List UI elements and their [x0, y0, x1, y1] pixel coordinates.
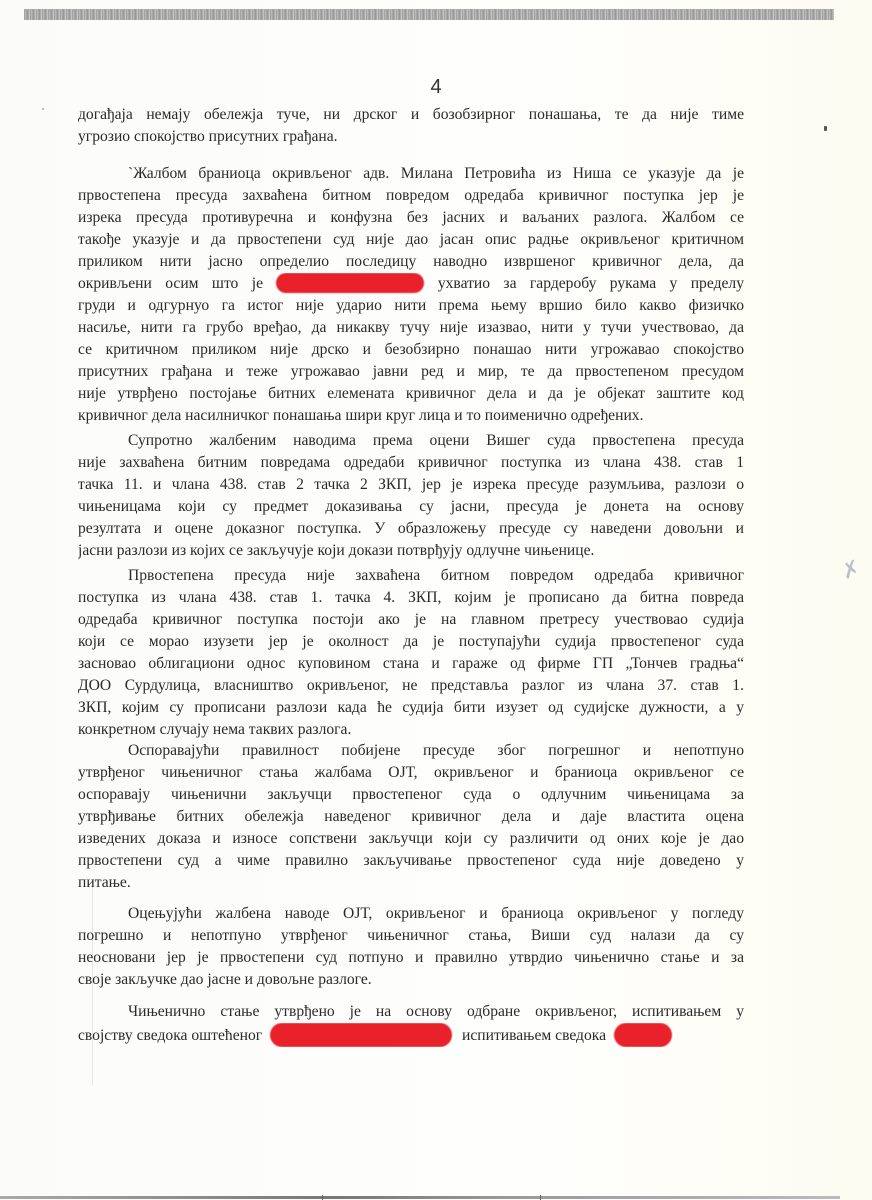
paragraph-continuation: догађаја немају обележја туче, ни дрског…: [78, 104, 744, 148]
paragraph-court-assessment: Супротно жалбеним наводима према оцени В…: [78, 430, 744, 562]
text-line-with-redaction: својству сведока оштећеног испитивањем с…: [78, 1023, 744, 1047]
text-line: није утврђено постојање битних елемената…: [78, 383, 744, 405]
text-line: поступка из члана 438. став 1. тачка 4. …: [78, 587, 744, 609]
text-line: одредаба кривичног поступка постоји ако …: [78, 609, 744, 631]
text-line-with-redaction: окривљени осим што је ухватио за гардеро…: [78, 273, 744, 295]
text-line: се критичном приликом није дрско и безоб…: [78, 339, 744, 361]
text-line: Првостепена пресуда није захваћена битно…: [78, 565, 744, 587]
text-line: изрека пресуда противуречна и конфузна б…: [78, 207, 744, 229]
text-line: ДОО Сурдулица, власништво окривљеног, не…: [78, 675, 744, 697]
text-fragment: окривљени осим што је: [78, 275, 263, 292]
text-line: првостепена пресуда захваћена битном пов…: [78, 185, 744, 207]
scan-speck: [824, 126, 827, 131]
text-line: `Жалбом браниоца окривљеног адв. Милана …: [78, 163, 744, 185]
page-number: 4: [0, 76, 872, 99]
text-line: своје закључке дао јасне и довољне разло…: [78, 969, 744, 991]
text-line: неосновани јер је првостепени суд потпун…: [78, 947, 744, 969]
redaction-mark: [276, 273, 424, 293]
text-line: приликом нити јасно определио последицу …: [78, 251, 744, 273]
text-line: јасни разлози из којих се закључује који…: [78, 540, 744, 562]
scan-speck: [42, 108, 44, 110]
text-line: резултата и оцене доказног поступка. У о…: [78, 518, 744, 540]
text-line: угрозио спокојство присутних грађана.: [78, 126, 744, 148]
text-line: тачка 11. и члана 438. став 2 тачка 2 ЗК…: [78, 474, 744, 496]
redaction-mark: [614, 1023, 672, 1047]
paragraph-factual-challenge: Оспоравајући правилност побијене пресуде…: [78, 740, 744, 894]
text-line: Супротно жалбеним наводима према оцени В…: [78, 430, 744, 452]
text-line: присутних грађана и теже угрожавао јавни…: [78, 361, 744, 383]
text-line: утврђеног чињеничног стања жалбама ОЈТ, …: [78, 762, 744, 784]
text-line: чињеницама који су предмет доказивања су…: [78, 496, 744, 518]
text-fragment: ухватио за гардеробу рукама у пределу: [438, 275, 744, 292]
text-fragment: испитивањем сведока: [462, 1027, 606, 1044]
text-line: Чињенично стање утврђено је на основу од…: [78, 1001, 744, 1023]
text-fragment: својству сведока оштећеног: [78, 1027, 262, 1044]
scan-bottom-border: [0, 1196, 840, 1199]
scan-bottom-tick: [322, 1195, 323, 1200]
text-line: груди и одгурнуо га истог није ударио ни…: [78, 295, 744, 317]
text-line: кривичног дела насилничког понашања шири…: [78, 405, 744, 427]
text-line: такође указује и да првостепени суд није…: [78, 229, 744, 251]
text-line: ЗКП, којим су прописани разлози када ће …: [78, 697, 744, 719]
text-line: питање.: [78, 872, 744, 894]
paragraph-higher-court-finding: Оцењујући жалбена наводе ОЈТ, окривљеног…: [78, 903, 744, 991]
text-line: није захваћена битним повредама одредаби…: [78, 452, 744, 474]
text-line: погрешно и непотпуно утврђеног чињенично…: [78, 925, 744, 947]
text-line: који се морао изузети јер је околност да…: [78, 631, 744, 653]
scan-bottom-tick: [540, 1195, 541, 1200]
text-line: Оспоравајући правилност побијене пресуде…: [78, 740, 744, 762]
paragraph-judge-exemption: Првостепена пресуда није захваћена битно…: [78, 565, 744, 741]
scan-top-border: [24, 9, 834, 20]
paragraph-established-facts: Чињенично стање утврђено је на основу од…: [78, 1001, 744, 1047]
text-line: конкретном случају нема таквих разлога.: [78, 719, 744, 741]
text-line: оспоравају чињенични закључци првостепен…: [78, 784, 744, 806]
text-line: првостепени суд а чиме правилно закључив…: [78, 850, 744, 872]
paragraph-appeal-defense: `Жалбом браниоца окривљеног адв. Милана …: [78, 163, 744, 427]
text-line: изведених доказа и износе сопствени закљ…: [78, 828, 744, 850]
text-line: утврђивање битних обележја наведеног кри…: [78, 806, 744, 828]
text-line: засновао облигациони однос куповином ста…: [78, 653, 744, 675]
text-line: догађаја немају обележја туче, ни дрског…: [78, 104, 744, 126]
text-line: насиље, нити га грубо вређао, да никакву…: [78, 317, 744, 339]
redaction-mark: [270, 1023, 452, 1047]
text-line: Оцењујући жалбена наводе ОЈТ, окривљеног…: [78, 903, 744, 925]
